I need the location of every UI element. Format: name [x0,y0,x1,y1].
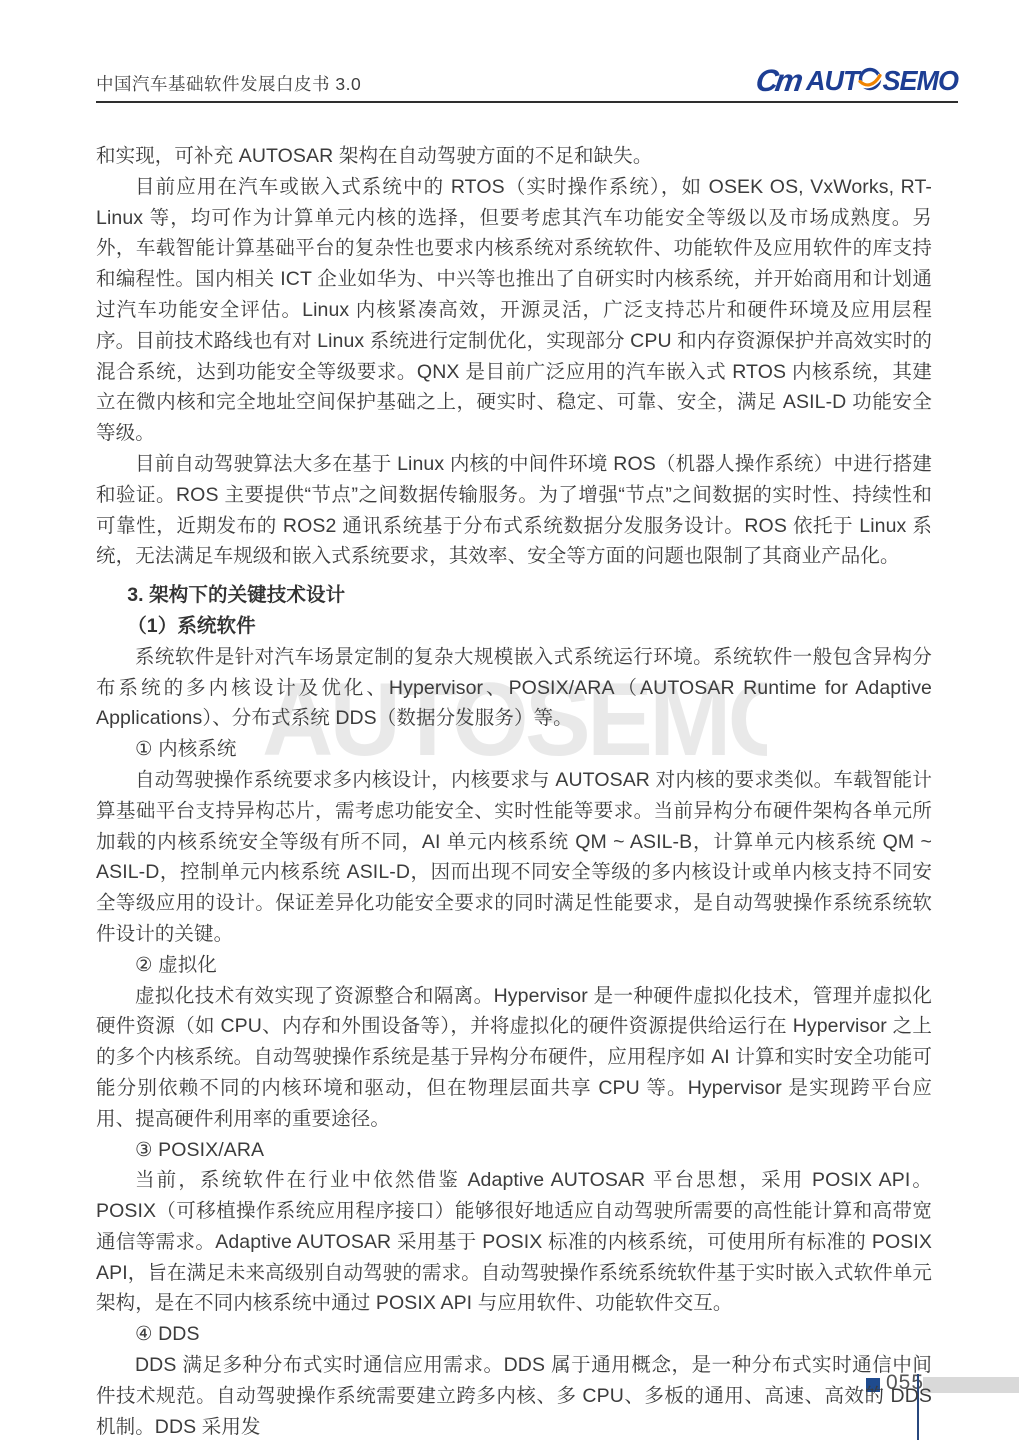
header-divider [96,101,958,103]
document-title: 中国汽车基础软件发展白皮书 3.0 [96,71,361,96]
paragraph: 目前自动驾驶算法大多在基于 Linux 内核的中间件环境 ROS（机器人操作系统… [96,449,932,572]
logo-word-aut: AUT [806,65,859,97]
document-body: 和实现，可补充 AUTOSAR 架构在自动驾驶方面的不足和缺失。目前应用在汽车或… [96,141,932,1440]
page-header: 中国汽车基础软件发展白皮书 3.0 Cm AUT SEMO [96,70,958,102]
paragraph: 当前，系统软件在行业中依然借鉴 Adaptive AUTOSAR 平台思想，采用… [96,1165,932,1319]
paragraph: 自动驾驶操作系统要求多内核设计，内核要求与 AUTOSAR 对内核的要求类似。车… [96,765,932,950]
paragraph: 虚拟化技术有效实现了资源整合和隔离。Hypervisor 是一种硬件虚拟化技术，… [96,981,932,1135]
item-heading: ① 内核系统 [96,734,932,765]
item-heading: ③ POSIX/ARA [96,1135,932,1166]
paragraph: 目前应用在汽车或嵌入式系统中的 RTOS（实时操作系统），如 OSEK OS, … [96,172,932,449]
logo-monogram: Cm [754,63,803,99]
autosemo-globe-icon [857,66,883,97]
paragraph-continued: 和实现，可补充 AUTOSAR 架构在自动驾驶方面的不足和缺失。 [96,141,932,172]
autosemo-logo: Cm AUT SEMO [756,63,958,99]
subsection-heading: （1）系统软件 [96,611,932,642]
footer-gray-bar [923,1377,1019,1393]
item-heading: ④ DDS [96,1319,932,1350]
section-heading: 3. 架构下的关键技术设计 [96,580,932,611]
paragraph: 系统软件是针对汽车场景定制的复杂大规模嵌入式系统运行环境。系统软件一般包含异构分… [96,642,932,734]
paragraph: DDS 满足多种分布式实时通信应用需求。DDS 属于通用概念，是一种分布式实时通… [96,1350,932,1440]
logo-word-semo: SEMO [882,65,958,97]
item-heading: ② 虚拟化 [96,950,932,981]
